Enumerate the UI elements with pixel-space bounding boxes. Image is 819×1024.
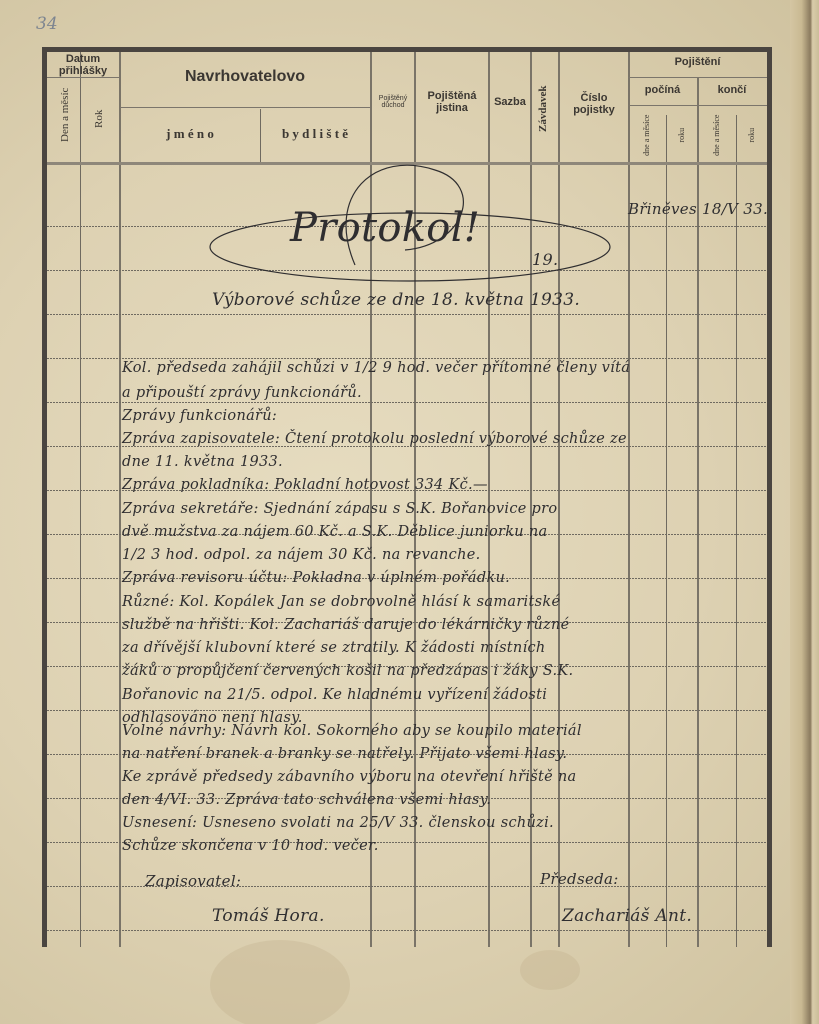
signature-label-chairman: Předseda: [540,870,619,888]
signature-chairman: Zachariáš Ant. [562,906,692,926]
minutes-line: a připouští zprávy funkcionářů. [122,385,362,401]
minutes-line: Usnesení: Usneseno svolati na 25/V 33. č… [122,815,554,831]
col-line [80,52,81,947]
header-rok: Rok [70,113,130,125]
col-line [628,52,630,947]
minutes-line: Volné návrhy: Návrh kol. Sokorného aby s… [122,723,582,739]
header-roku-1-text: roku [678,111,686,159]
minutes-line: Kol. předseda zahájil schůzi v 1/2 9 hod… [122,360,630,376]
header-line [47,77,120,78]
minutes-line: Zpráva sekretáře: Sjednání zápasu s S.K.… [122,501,557,517]
minutes-line: Zpráva revisoru účtu: Pokladna v úplném … [122,570,510,586]
minutes-line: Bořanovic na 21/5. odpol. Ke hladnému vy… [122,687,547,703]
minutes-line: žáků o propůjčení červených košil na pře… [122,663,573,679]
signature-label-secretary: Zapisovatel: [145,872,241,890]
header-konci: končí [697,85,767,97]
header-roku-2: roku [728,131,776,139]
header-zavdavek-text: Závdavek [538,79,550,139]
header-pojisteny-duchod: Pojištěný důchod [372,95,414,110]
header-cislo-pojistky: Číslo pojistky [560,93,628,116]
minutes-line: dvě mužstva za nájem 60 Kč. a S.K. Děbli… [122,524,547,540]
signature-secretary: Tomáš Hora. [212,906,325,926]
col-line [736,115,737,947]
minutes-line: službě na hřišti. Kol. Zachariáš daruje … [122,617,570,633]
row-line [47,402,767,403]
place-date: Břiněves 18/V 33. [628,200,768,218]
header-bydliste: b y d l i š t ě [260,127,370,141]
col-line [666,115,667,947]
minutes-line: za dřívější klubovní které se ztratily. … [122,640,546,656]
header-line [628,77,767,78]
header-pojistena-jistina: Pojištěná jistina [416,91,488,114]
header-line [628,105,767,106]
header-pojisteni: Pojištění [628,57,767,69]
row-line [47,358,767,359]
header-dne-a-mesice-2-text: dne a měsíce [713,110,721,160]
minutes-line: Různé: Kol. Kopálek Jan se dobrovolně hl… [122,594,560,610]
protocol-number: 19. [532,250,558,269]
minutes-line: Ke zprávě předsedy zábavního výboru na o… [122,769,577,785]
minutes-line: na natření branek a branky se natřely. P… [122,746,567,762]
col-line [119,52,121,947]
protocol-title: Protokol! [290,205,480,251]
header-rok-text: Rok [94,89,106,149]
header-datum: Datum přihlášky [47,54,119,77]
header-navrhovatelovo: Navrhovatelovo [120,69,370,86]
page-number: 34 [36,14,58,34]
header-line [120,107,370,108]
minutes-line: 1/2 3 hod. odpol. za nájem 30 Kč. na rev… [122,547,481,563]
page-binding-edge [790,0,819,1024]
minutes-line: Schůze skončena v 10 hod. večer. [122,838,379,854]
subtitle: Výborové schůze ze dne 18. května 1933. [212,290,580,310]
minutes-line: Zprávy funkcionářů: [122,408,277,424]
minutes-line: dne 11. května 1933. [122,454,283,470]
row-line [47,314,767,315]
header-pocina: počíná [628,85,697,97]
minutes-line: den 4/VI. 33. Zpráva tato schválena všem… [122,792,491,808]
header-jmeno: j m é n o [120,127,260,141]
minutes-line: Zpráva zapisovatele: Čtení protokolu pos… [122,431,627,447]
header-roku-2-text: roku [748,111,756,159]
minutes-line: Zpráva pokladníka: Pokladní hotovost 334… [122,477,488,493]
row-line [47,930,767,931]
header-dne-a-mesice-1-text: dne a měsíce [643,110,651,160]
